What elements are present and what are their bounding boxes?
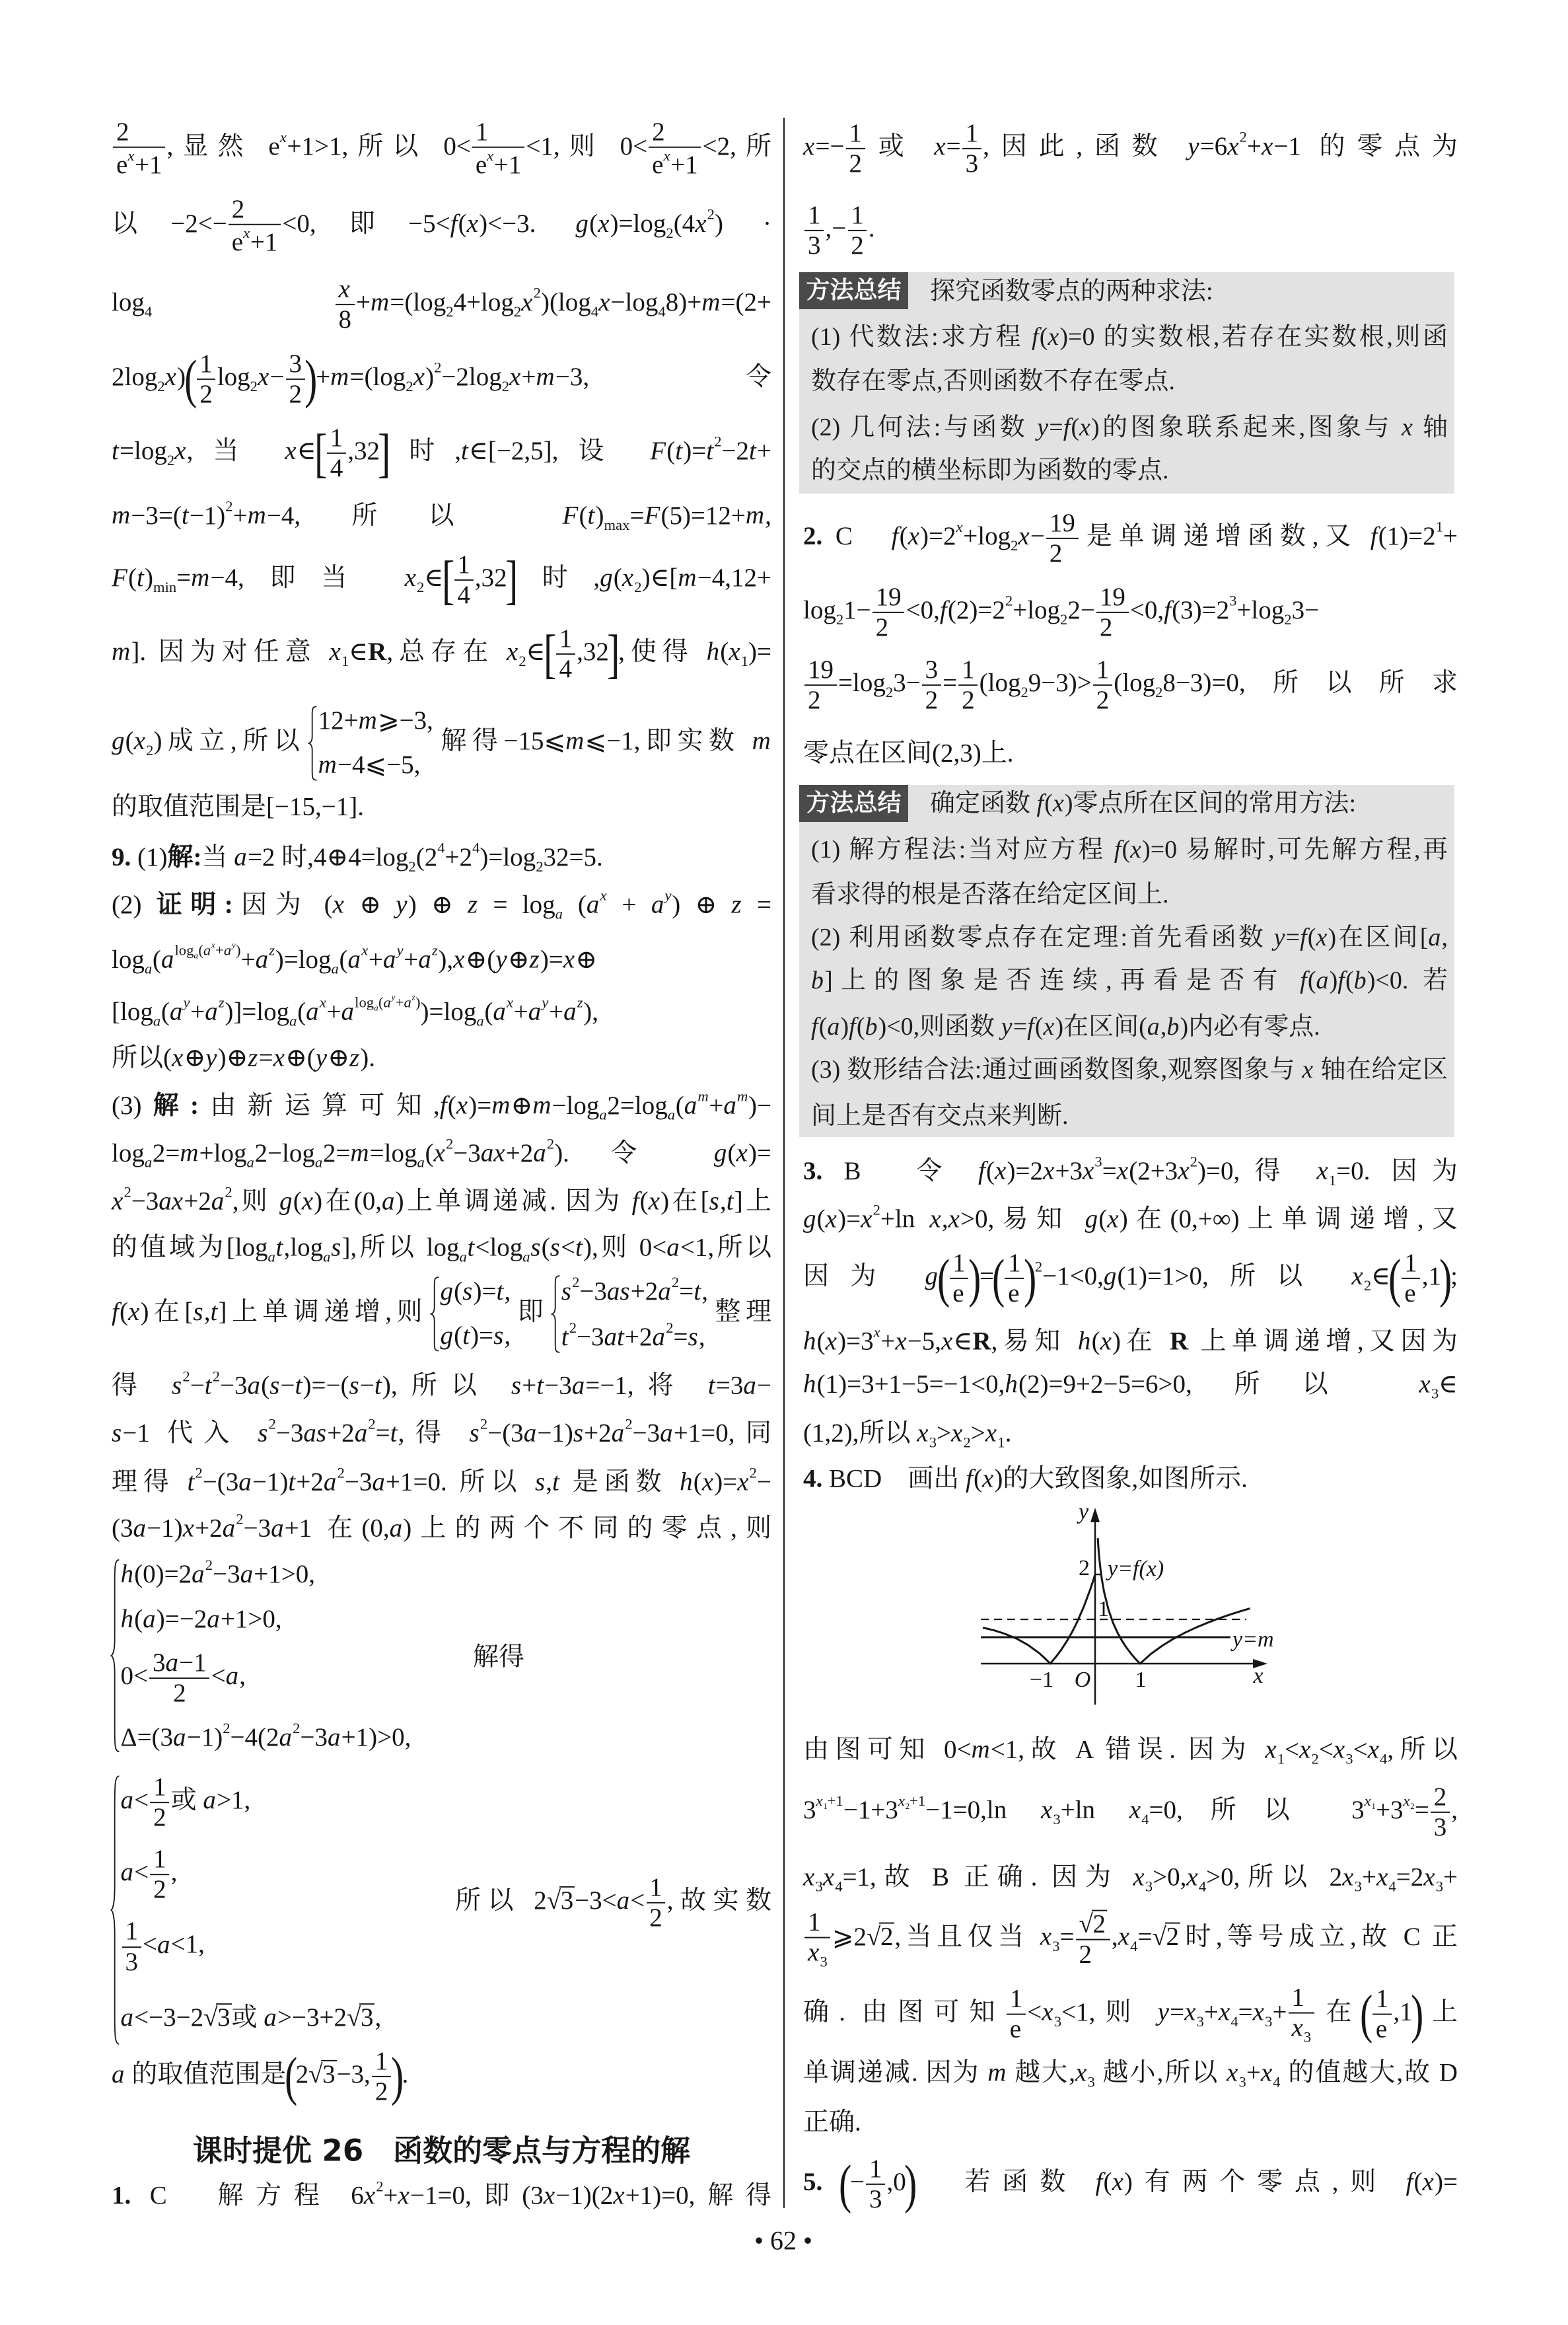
math-symbol: a: [374, 1003, 378, 1013]
text-run: (1)=3+1−5=−1<0,: [817, 1370, 1005, 1399]
text-run: <: [134, 1858, 149, 1886]
problem-9-part-3: (3)解:由新运算可知,f(x)=m⊕m−loga2=loga(am+am)−: [112, 1089, 771, 1123]
text-run: ,: [699, 1323, 705, 1351]
text-run: (1): [131, 843, 167, 871]
system-row-content: s2−3as+2a2=t,: [561, 1275, 708, 1308]
text-run: (2: [416, 843, 438, 871]
text-run: 4: [1388, 1878, 1396, 1895]
text-run: ,当且仅当: [894, 1923, 1040, 1951]
math-symbol: x: [803, 1863, 815, 1892]
text-run: ,: [239, 1662, 246, 1690]
fraction: 12: [372, 2048, 391, 2106]
text-run: 8: [339, 305, 352, 334]
solution-line: 所以 2√3−3<a<12,故实数: [455, 1874, 771, 1932]
text-run: 2: [1096, 686, 1110, 714]
math-symbol: x: [1219, 1998, 1230, 2026]
math-symbol: x: [456, 1091, 468, 1120]
superscript: 2: [672, 1274, 679, 1290]
text-run: +2: [184, 1187, 211, 1216]
text-run: ,: [374, 2003, 381, 2032]
math-symbol: x: [487, 147, 494, 164]
math-symbol: s: [561, 1277, 572, 1306]
fraction: 1e: [1005, 1249, 1024, 1308]
open-delimiter: (: [184, 352, 197, 406]
denominator: x3: [1289, 2014, 1314, 2046]
subscript: 4: [1199, 1878, 1206, 1895]
text-run: 9−3)>: [1028, 669, 1092, 697]
bold-text: R: [1170, 1327, 1188, 1356]
text-run: (1) 代数法:求方程: [811, 323, 1032, 351]
text-run: +: [1362, 1863, 1376, 1892]
math-symbol: g: [440, 1321, 454, 1350]
method-summary-title: 探究函数零点的两种求法:: [930, 277, 1213, 307]
text-run: 2: [569, 1319, 577, 1336]
text-run: 时,: [517, 564, 600, 592]
text-run: 2log: [112, 363, 157, 391]
text-run: 2: [408, 858, 415, 875]
text-run: =−1,将: [585, 1372, 707, 1400]
text-run: 2: [225, 1183, 232, 1200]
text-run: )=log: [480, 843, 536, 871]
text-run: C 解方程 6: [131, 2182, 363, 2210]
text-run: ∈: [349, 638, 368, 666]
math-symbol: a: [668, 1107, 676, 1123]
text-run: 2: [167, 452, 174, 468]
text-run: 2: [199, 380, 213, 408]
math-symbol: x: [112, 1187, 124, 1216]
math-symbol: t: [588, 501, 596, 530]
text-run: )=: [714, 1468, 737, 1496]
math-symbol: x: [398, 2182, 410, 2210]
text-run: = log: [478, 891, 555, 919]
math-symbol: t: [462, 1321, 470, 1350]
solution-line: loga2=m+loga2−loga2=m=loga(x2−3ax+2a2). …: [112, 1137, 771, 1171]
text-run: +2: [445, 843, 473, 871]
method-summary-line: 的交点的横坐标即为函数的零点.: [811, 456, 1448, 486]
math-symbol: z: [731, 891, 742, 919]
system-row-content: a<−3−2√3或 a>−3+2√3,: [120, 2003, 381, 2034]
text-run: ,32: [475, 564, 507, 592]
method-summary-line: (2) 利用函数零点存在定理:首先看函数 y=f(x)在区间[a,: [811, 923, 1448, 953]
fraction: 192: [873, 583, 904, 642]
method-summary-line: 看求得的根是否落在给定区间上.: [811, 880, 1448, 910]
text-run: −1): [190, 501, 225, 530]
text-run: ⊕: [184, 1044, 205, 1072]
math-symbol: x: [861, 1205, 873, 1234]
superscript: 2: [569, 1319, 577, 1336]
text-run: =0. 因为: [1336, 1157, 1458, 1185]
math-symbol: a: [205, 998, 219, 1026]
superscript: y: [397, 942, 404, 959]
inequality-system: h(0)=2a2−3a+1>0,h(a)=−2a+1>0,0<3a−12<a,Δ…: [108, 1558, 413, 1753]
text-run: 2: [157, 378, 164, 394]
text-run: 3: [1239, 2074, 1246, 2090]
origin-label: O: [1075, 1668, 1091, 1692]
text-run: =: [742, 891, 771, 919]
text-run: (1,2),所以: [803, 1419, 917, 1448]
superscript: 2: [376, 2178, 383, 2194]
text-run: +2: [296, 1468, 324, 1496]
system-row: m−4⩽−5,: [318, 750, 433, 781]
text-run: −4(2: [231, 1723, 279, 1752]
close-delimiter: ): [904, 2157, 917, 2211]
superscript: 2: [625, 1415, 632, 1432]
text-run: =: [946, 132, 961, 161]
text-run: <: [134, 1786, 149, 1814]
math-symbol: x: [823, 1863, 835, 1892]
text-run: 或: [232, 2003, 264, 2032]
subscript: 2: [514, 303, 521, 320]
text-run: <: [1319, 1736, 1334, 1764]
text-run: e: [116, 151, 127, 179]
text-run: 3: [561, 1886, 574, 1915]
text-run: 上单调递增,又因为: [1188, 1327, 1458, 1356]
text-run: 3: [1197, 2013, 1204, 2030]
superscript: x1+1: [816, 1792, 843, 1809]
text-run: +: [514, 998, 528, 1026]
left-brace-icon: [110, 1773, 120, 2047]
superscript: y: [542, 994, 549, 1011]
math-symbol: g: [575, 209, 589, 238]
text-run: ⊕: [575, 945, 597, 974]
math-symbol: x: [521, 288, 533, 316]
text-run: ,: [1451, 1796, 1458, 1824]
math-symbol: F: [644, 501, 660, 530]
text-run: .: [1005, 1419, 1012, 1448]
text-run: )在[: [140, 1298, 193, 1326]
denominator: x3: [804, 1938, 830, 1970]
text-run: 确定函数: [930, 790, 1037, 817]
subscript: a: [417, 1154, 425, 1171]
superscript: 2: [714, 433, 721, 450]
math-symbol: x: [1419, 1370, 1431, 1399]
text-run: >0,所以 2: [1206, 1863, 1342, 1892]
bold-text: R: [972, 1327, 991, 1356]
text-run: +1>1,所以 0<: [287, 132, 470, 161]
text-run: 3: [1053, 1811, 1060, 1827]
text-run: 或: [867, 132, 934, 161]
fraction: 2ex+1: [229, 196, 281, 256]
math-symbol: t: [295, 1372, 303, 1400]
denominator: 2: [372, 2077, 391, 2106]
superscript: 2: [1190, 1154, 1197, 1170]
math-symbol: x: [285, 437, 297, 465]
text-run: (2): [112, 891, 157, 919]
text-run: ,: [546, 1468, 552, 1496]
text-run: (: [817, 1205, 826, 1234]
math-symbol: m: [697, 1088, 709, 1105]
math-symbol: a: [133, 1514, 147, 1543]
text-run: 4: [658, 303, 665, 320]
denominator: ex+1: [229, 225, 281, 256]
math-symbol: f: [849, 1013, 857, 1041]
subscript: 3: [1239, 2074, 1246, 2090]
text-run: (: [1092, 1327, 1100, 1356]
math-symbol: x: [808, 1938, 820, 1967]
close-delimiter: ]: [378, 426, 391, 480]
math-symbol: t: [288, 1468, 296, 1496]
math-symbol: g: [1085, 1205, 1099, 1234]
text-run: (: [819, 1013, 828, 1041]
text-run: 2: [225, 498, 232, 515]
math-symbol: x: [1227, 2059, 1238, 2087]
math-symbol: a: [563, 998, 577, 1026]
math-symbol: a: [207, 1605, 221, 1633]
math-symbol: a: [355, 1419, 369, 1448]
text-run: =: [176, 564, 191, 592]
math-symbol: m: [112, 638, 131, 666]
math-symbol: x: [1018, 522, 1030, 550]
denominator: 2: [1076, 1940, 1110, 1969]
system-row: t2−3at+2a2=s,: [561, 1321, 708, 1353]
text-run: +: [404, 945, 418, 974]
text-run: (: [297, 998, 306, 1026]
text-run: 3: [289, 350, 302, 378]
text-run: +1>0,: [221, 1605, 282, 1633]
math-symbol: s: [258, 1419, 268, 1448]
problem-5-answer: 5. (−13,0) 若函数 f(x)有两个零点,则 f(x)=: [803, 2155, 1458, 2213]
text-run: 1: [966, 119, 979, 147]
numerator: 1: [950, 1249, 969, 1279]
subscript: 3: [1436, 1878, 1443, 1895]
open-delimiter: (: [992, 1251, 1005, 1306]
text-run: ⊕: [508, 945, 530, 974]
text-run: ]. 因为对任意: [131, 638, 329, 666]
text-run: (: [900, 522, 908, 550]
text-run: 2: [236, 1510, 243, 1527]
math-symbol: x: [649, 1187, 660, 1216]
math-symbol: s: [688, 1323, 699, 1351]
text-run: )=2: [920, 522, 956, 550]
text-run: 3: [1145, 1878, 1153, 1895]
math-symbol: y: [495, 945, 507, 974]
math-symbol: t: [112, 437, 120, 465]
text-run: )=log: [610, 209, 666, 238]
math-symbol: a: [418, 945, 432, 974]
text-run: −3,: [337, 2060, 371, 2088]
text-run: >: [971, 1419, 985, 1448]
text-run: <: [211, 1662, 226, 1690]
solution-line: 192=log23−32=12(log29−3)>12(log28−3)=0,所…: [803, 656, 1458, 714]
text-run: 19: [808, 655, 834, 684]
text-run: 19: [876, 583, 902, 611]
superscript: x: [127, 147, 135, 164]
text-run: ⊕: [345, 891, 396, 919]
solution-line: 的值域为[logat,logas],所以 logat<logas(s<t),则 …: [112, 1233, 771, 1265]
subscript: 2: [167, 452, 174, 468]
text-run: =: [376, 1419, 390, 1448]
text-run: −1<0,: [1042, 1262, 1104, 1290]
math-symbol: s: [112, 1419, 122, 1448]
math-symbol: a: [323, 1249, 331, 1265]
text-run: e: [952, 1279, 964, 1308]
text-run: (3)=2: [1172, 596, 1229, 624]
text-run: =: [1170, 1998, 1184, 2026]
fraction: 14: [556, 625, 575, 683]
method-summary-line: b]上的图象是否连续,再看是否有 f(a)f(b)<0. 若: [811, 966, 1448, 996]
text-run: log: [112, 1139, 145, 1167]
numerator: 1: [150, 1773, 169, 1803]
math-symbol: m: [971, 1736, 990, 1764]
close-delimiter: ): [1440, 1251, 1452, 1306]
solution-line: 零点在区间(2,3)上.: [803, 739, 1458, 770]
text-run: 1: [125, 1917, 138, 1946]
text-run: 2: [1100, 613, 1113, 642]
fraction: 14: [454, 551, 474, 609]
math-symbol: y: [316, 1044, 328, 1072]
system-row: Δ=(3a−1)2−4(2a2−3a+1)>0,: [120, 1721, 411, 1753]
text-run: 1: [962, 655, 975, 684]
solution-line: log4 x8+m=(log24+log2x2)(log4x−log48)+m=…: [112, 276, 771, 334]
fraction: 13: [962, 120, 981, 178]
text-run: [log: [112, 998, 153, 1026]
text-run: )在区间[: [1328, 924, 1428, 951]
text-run: +2: [506, 1139, 534, 1167]
text-run: 的取值范围是: [125, 2060, 287, 2088]
text-run: 上: [1422, 1998, 1458, 2026]
text-run: −3: [213, 1560, 240, 1588]
math-symbol: x: [1079, 414, 1091, 441]
subscript: a: [459, 1249, 467, 1265]
superscript: z: [269, 942, 275, 959]
system-rows: s2−3as+2a2=t,t2−3at+2a2=s,: [561, 1275, 708, 1353]
superscript: 2: [1005, 593, 1013, 609]
text-run: (: [1035, 1013, 1044, 1041]
text-run: 2: [223, 1720, 230, 1736]
math-symbol: a: [234, 843, 248, 871]
text-run: ∈[−2,5],设: [469, 437, 650, 465]
fraction: 12: [197, 350, 216, 408]
subscript: a: [247, 1154, 255, 1171]
math-symbol: t: [137, 564, 145, 592]
text-run: 2: [338, 1464, 345, 1481]
solution-line: 解得: [473, 1642, 524, 1674]
math-symbol: x: [467, 209, 479, 238]
numerator: 2: [113, 118, 165, 148]
math-symbol: s: [331, 1234, 341, 1262]
text-run: =6: [1200, 132, 1228, 161]
text-run: 4: [1273, 2074, 1280, 2090]
text-run: (: [640, 1187, 649, 1216]
system-row-content: g(t)=s,: [440, 1321, 511, 1352]
subscript: a: [599, 1107, 607, 1123]
text-run: ,1: [1393, 1998, 1412, 2026]
text-run: ,因此,函数: [983, 132, 1188, 161]
text-run: 3: [808, 231, 821, 260]
math-symbol: f: [892, 522, 900, 550]
radicand: 3: [216, 2003, 231, 2030]
section-heading: 课时提优 26 函数的零点与方程的解: [112, 2127, 771, 2170]
text-run: +: [1204, 1998, 1219, 2026]
subscript: a: [315, 1154, 323, 1171]
math-symbol: x: [183, 1514, 195, 1543]
text-run: =: [1102, 1157, 1117, 1185]
subscript: 1: [741, 653, 748, 669]
text-run: 3: [1431, 1385, 1439, 1402]
superscript: 2: [338, 1464, 345, 1481]
numerator: 19: [1096, 583, 1128, 613]
math-symbol: a: [279, 1723, 293, 1752]
text-run: −1 代入: [122, 1419, 258, 1448]
solution-line: 1x3⩾2√2,当且仅当 x3=√22,x4=√2时,等号成立,故 C 正: [803, 1909, 1458, 1970]
subscript: 2: [634, 579, 641, 595]
text-run: 3: [1345, 1751, 1353, 1767]
math-symbol: a: [289, 1013, 297, 1029]
text-run: 1: [1277, 1751, 1285, 1767]
text-run: 2: [232, 195, 245, 223]
text-run: C: [822, 522, 891, 550]
math-symbol: z: [577, 994, 583, 1011]
text-run: ): [425, 363, 434, 391]
math-symbol: t: [467, 1234, 475, 1262]
math-symbol: x: [172, 1044, 184, 1072]
system-row-content: g(s)=t,: [440, 1276, 511, 1308]
math-symbol: x: [1261, 2059, 1273, 2087]
superscript: 2: [534, 285, 541, 301]
function-graph: y 2 y=f(x) 1 y=m −1 O 1 x: [971, 1500, 1288, 1711]
text-run: −: [850, 2168, 865, 2196]
text-run: <1,: [171, 1931, 205, 1959]
math-symbol: x: [598, 209, 610, 238]
denominator: e: [1372, 2015, 1392, 2044]
math-symbol: x: [948, 1205, 960, 1234]
text-run: (1) 解方程法:当对应方程: [811, 836, 1114, 864]
text-run: 2: [625, 1415, 632, 1432]
subscript: 3: [1355, 1878, 1362, 1895]
problem-9-part-1: 9. (1)解:当 a=2 时,4⊕4=log2(24+24)=log232=5…: [112, 841, 771, 875]
math-symbol: a: [268, 1249, 276, 1265]
math-symbol: f: [1063, 414, 1071, 441]
text-run: 2: [480, 1415, 487, 1432]
text-run: −1=0,ln: [925, 1796, 1041, 1824]
math-symbol: a: [653, 1323, 666, 1351]
text-run: ): [1330, 967, 1338, 994]
text-run: 1: [952, 1249, 966, 1277]
math-symbol: x: [1043, 1013, 1055, 1041]
method-summary-line: (1) 解方程法:当对应方程 f(x)=0 易解时,可先解方程,再: [811, 835, 1448, 866]
math-symbol: g: [925, 1262, 939, 1290]
text-run: +log: [199, 1139, 247, 1167]
open-delimiter: (: [1389, 1251, 1402, 1306]
text-run: )=: [468, 1091, 491, 1120]
math-symbol: a: [341, 998, 355, 1026]
subscript: 3: [1431, 1385, 1439, 1402]
text-run: 2: [375, 2077, 388, 2106]
numerator: 3a−1: [149, 1649, 209, 1679]
text-run: =: [1013, 1013, 1027, 1041]
text-run: −3: [579, 1277, 607, 1306]
subscript: 3: [1052, 1938, 1059, 1954]
subscript: 3: [1304, 2029, 1311, 2046]
text-run: −3: [577, 1323, 604, 1351]
text-run: 2: [514, 303, 521, 320]
denominator: 2: [1096, 613, 1128, 642]
text-run: ). 令: [554, 1139, 714, 1167]
math-symbol: a: [328, 1723, 341, 1752]
math-symbol: x: [1262, 132, 1273, 161]
text-run: (: [817, 1327, 826, 1356]
text-run: 1: [1436, 519, 1443, 535]
text-run: ) ⊕: [672, 891, 731, 919]
problem-3-answer: 3. B 令 f(x)=2x+3x3=x(2+3x2)=0,得 x1=0. 因为: [803, 1155, 1458, 1189]
text-run: =3: [716, 1372, 744, 1400]
math-symbol: m: [678, 564, 697, 592]
math-symbol: f: [1371, 522, 1378, 550]
math-symbol: x: [995, 1157, 1007, 1185]
system-row-content: m−4⩽−5,: [318, 750, 421, 781]
text-run: (: [589, 209, 598, 238]
math-symbol: g: [112, 727, 125, 755]
